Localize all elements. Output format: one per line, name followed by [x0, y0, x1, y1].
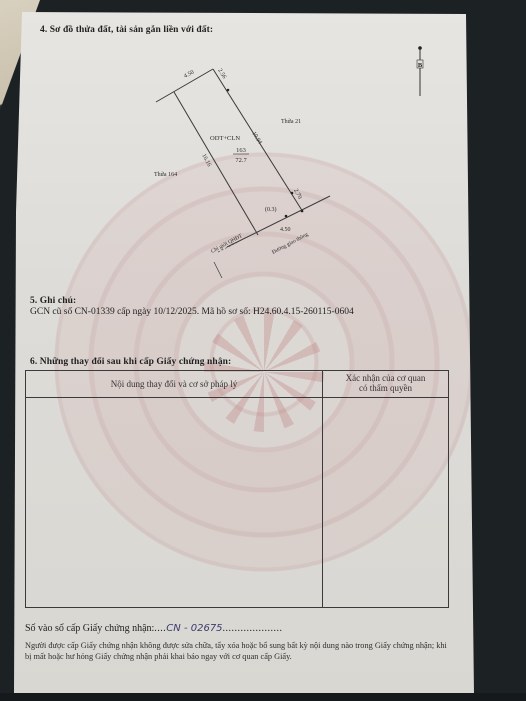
north-arrow-icon: B — [417, 46, 423, 96]
svg-text:4.50: 4.50 — [280, 227, 291, 233]
registry-handwritten-value: CN - 02675 — [166, 623, 222, 634]
bottom-shadow — [0, 693, 526, 701]
changes-table: Nội dung thay đổi và cơ sở pháp lý Xác n… — [25, 370, 449, 608]
table-cell-confirmation — [323, 398, 448, 607]
svg-text:16.16: 16.16 — [200, 153, 212, 168]
svg-text:ODT+CLN: ODT+CLN — [210, 135, 240, 142]
svg-text:4.50: 4.50 — [183, 70, 195, 80]
column-header-confirmation: Xác nhận của cơ quan có thẩm quyền — [323, 373, 448, 393]
plot-diagram: B 4.50 2.56 10.94 Thửa 21 ODT+CLN 163 72… — [0, 0, 526, 300]
svg-text:Thửa 164: Thửa 164 — [154, 172, 177, 178]
svg-text:72.7: 72.7 — [235, 157, 247, 164]
svg-text:2.56: 2.56 — [216, 68, 227, 80]
svg-text:Thửa 21: Thửa 21 — [281, 119, 301, 125]
registry-label: Số vào sổ cấp Giấy chứng nhận: — [25, 623, 154, 634]
svg-text:Chỉ giới QHĐT: Chỉ giới QHĐT — [210, 233, 244, 255]
warning-notice: Người được cấp Giấy chứng nhận không đượ… — [25, 640, 450, 662]
column-header-confirmation-line1: Xác nhận của cơ quan — [323, 373, 448, 383]
svg-text:(0.3): (0.3) — [265, 206, 277, 213]
svg-text:163: 163 — [236, 147, 246, 154]
table-cell-content — [26, 398, 322, 607]
svg-text:Đường giao thông: Đường giao thông — [271, 232, 309, 256]
registry-dots-before: .... — [154, 623, 166, 634]
column-header-confirmation-line2: có thẩm quyền — [323, 383, 448, 393]
section-5-heading: 5. Ghi chú: — [30, 296, 76, 306]
registry-dots-after: .................... — [223, 623, 283, 634]
section-6-heading: 6. Những thay đổi sau khi cấp Giấy chứng… — [30, 357, 231, 367]
svg-text:2.70: 2.70 — [292, 188, 302, 200]
column-header-content: Nội dung thay đổi và cơ sở pháp lý — [26, 379, 322, 389]
registry-number-line: Số vào sổ cấp Giấy chứng nhận:....CN - 0… — [25, 623, 283, 634]
svg-text:10.94: 10.94 — [250, 131, 262, 146]
notes-text: GCN cũ số CN-01339 cấp ngày 10/12/2025. … — [30, 307, 354, 317]
svg-text:B: B — [418, 62, 423, 69]
